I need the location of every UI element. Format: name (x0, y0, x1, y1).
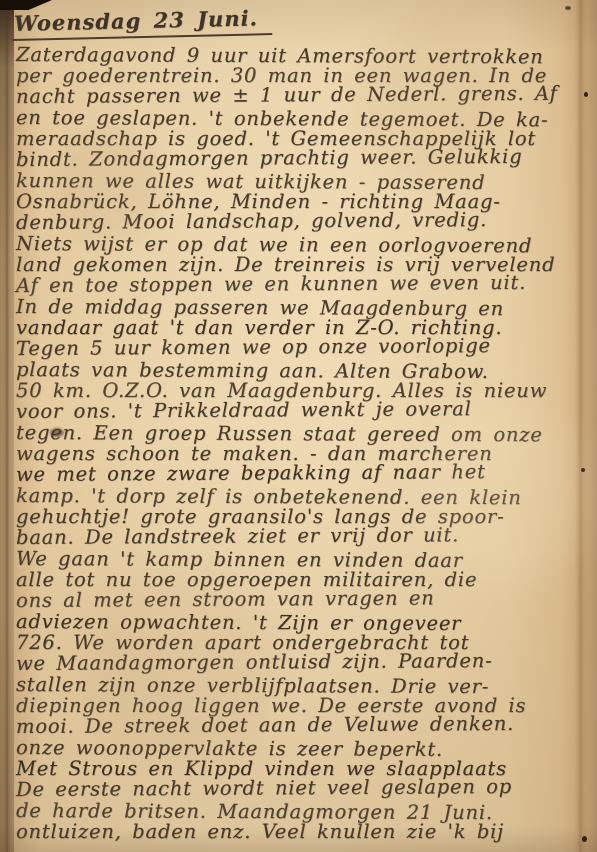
diary-entry-text: Zaterdagavond 9 uur uit Amersfoort vertr… (16, 44, 593, 842)
handwriting-line: In de middag passeren we Maagdenburg en (16, 296, 593, 320)
handwriting-line: denburg. Mooi landschap, golvend, vredig… (16, 208, 593, 233)
handwriting-line: Af en toe stoppen we en kunnen we even u… (16, 271, 593, 296)
handwriting-line: plaats van bestemming aan. Alten Grabow. (16, 359, 593, 383)
handwriting-line: kamp. 't dorp zelf is onbetekenend. een … (16, 485, 593, 509)
handwriting-line: voor ons. 't Prikkeldraad wenkt je overa… (16, 397, 593, 422)
handwriting-line: de harde britsen. Maandagmorgen 21 Juni. (16, 800, 593, 824)
handwriting-line: tegen. Een groep Russen staat gereed om … (16, 422, 593, 446)
handwriting-line: adviezen opwachten. 't Zijn er ongeveer (16, 611, 593, 635)
handwriting-line: Zaterdagavond 9 uur uit Amersfoort vertr… (16, 44, 593, 68)
handwriting-line: onze woonoppervlakte is zeer beperkt. (16, 737, 593, 761)
handwriting-line: we Maandagmorgen ontluisd zijn. Paarden- (16, 649, 593, 674)
handwriting-line: en toe geslapen. 't onbekende tegemoet. … (16, 107, 593, 131)
handwriting-line: we met onze zware bepakking af naar het (16, 460, 593, 485)
handwriting-line: baan. De landstreek ziet er vrij dor uit… (16, 523, 593, 548)
top-left-dark-corner (0, 0, 52, 10)
handwriting-line: ontluizen, baden enz. Veel knullen zie '… (16, 821, 593, 842)
date-heading: Woensdag 23 Juni. (12, 5, 273, 41)
handwriting-line: De eerste nacht wordt niet veel geslapen… (16, 775, 593, 800)
handwriting-line: ons al met een stroom van vragen en (16, 586, 593, 611)
handwriting-line: Tegen 5 uur komen we op onze voorlopige (16, 334, 593, 359)
handwriting-line: nacht passeren we ± 1 uur de Nederl. gre… (16, 82, 593, 107)
diary-page-scan: Woensdag 23 Juni. Zaterdagavond 9 uur ui… (0, 0, 597, 852)
handwriting-line: Niets wijst er op dat we in een oorlogvo… (16, 233, 593, 257)
handwriting-line: bindt. Zondagmorgen prachtig weer. Geluk… (16, 145, 593, 170)
handwriting-line: kunnen we alles wat uitkijken - passeren… (16, 170, 593, 194)
binding-crease (6, 0, 8, 852)
handwriting-line: We gaan 't kamp binnen en vinden daar (16, 548, 593, 572)
handwriting-line: mooi. De streek doet aan de Veluwe denke… (16, 712, 593, 737)
ink-speck (565, 6, 571, 10)
handwriting-line: stallen zijn onze verblijfplaatsen. Drie… (16, 674, 593, 698)
